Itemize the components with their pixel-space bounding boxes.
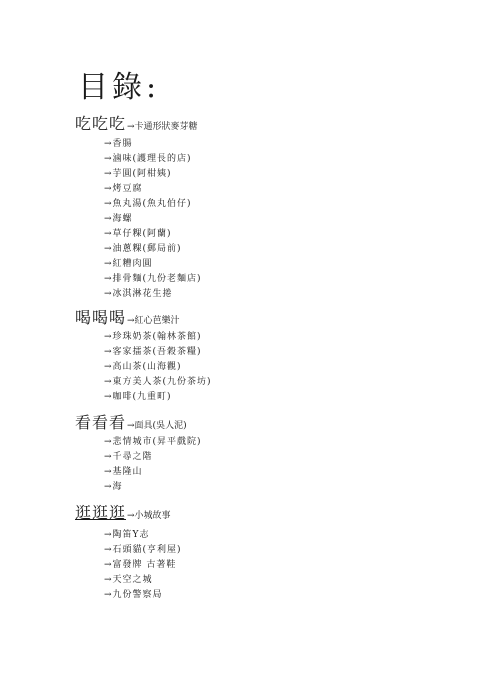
list-item: →東方美人茶(九份茶坊) bbox=[104, 375, 212, 390]
list-item: →滷味(護理長的店) bbox=[104, 152, 202, 167]
list-item: →油蔥粿(郵局前) bbox=[104, 242, 202, 257]
section-eat: 吃吃吃 →卡通形狀麥芽糖 →香腸 →滷味(護理長的店) →芋圓(阿柑姨) →烤豆… bbox=[75, 111, 202, 302]
list-item: →烤豆腐 bbox=[104, 182, 202, 197]
section-title: 逛逛逛 bbox=[75, 500, 126, 523]
section-shop: 逛逛逛 →小城故事 →陶笛Y志 →石頭貓(亨利屋) →富發牌 古著鞋 →天空之城… bbox=[75, 500, 182, 603]
list-item: →芋圓(阿柑姨) bbox=[104, 167, 202, 182]
section-subtitle: →卡通形狀麥芽糖 bbox=[127, 119, 198, 132]
list-item: →基隆山 bbox=[104, 465, 202, 480]
list-item: →海 bbox=[104, 480, 202, 495]
list-item: →客家擂茶(吾穀茶糧) bbox=[104, 345, 212, 360]
list-item: →千尋之階 bbox=[104, 450, 202, 465]
list-item: →悲情城市(昇平戲院) bbox=[104, 435, 202, 450]
list-item: →珍珠奶茶(翰林茶館) bbox=[104, 330, 212, 345]
list-item: →香腸 bbox=[104, 137, 202, 152]
section-drink: 喝喝喝 →紅心芭樂汁 →珍珠奶茶(翰林茶館) →客家擂茶(吾穀茶糧) →高山茶(… bbox=[75, 305, 212, 405]
section-see: 看看看 →面具(吳人泥) →悲情城市(昇平戲院) →千尋之階 →基隆山 →海 bbox=[75, 410, 202, 495]
section-title: 吃吃吃 bbox=[75, 111, 126, 134]
list-item: →冰淇淋花生捲 bbox=[104, 287, 202, 302]
list-item: →陶笛Y志 bbox=[104, 528, 182, 543]
list-item: →高山茶(山海觀) bbox=[104, 360, 212, 375]
list-item: →咖啡(九重町) bbox=[104, 390, 212, 405]
list-item: →排骨麵(九份老麵店) bbox=[104, 272, 202, 287]
list-item: →紅糟肉圓 bbox=[104, 257, 202, 272]
section-subtitle: →紅心芭樂汁 bbox=[127, 313, 180, 326]
list-item: →富發牌 古著鞋 bbox=[104, 558, 182, 573]
list-item: →草仔粿(阿蘭) bbox=[104, 227, 202, 242]
list-item: →海螺 bbox=[104, 212, 202, 227]
list-item: →石頭貓(亨利屋) bbox=[104, 543, 182, 558]
section-subtitle: →面具(吳人泥) bbox=[127, 418, 187, 431]
list-item: →天空之城 bbox=[104, 573, 182, 588]
list-item: →魚丸湯(魚丸伯仔) bbox=[104, 197, 202, 212]
section-title: 喝喝喝 bbox=[75, 305, 126, 328]
section-title: 看看看 bbox=[75, 410, 126, 433]
section-subtitle: →小城故事 bbox=[127, 508, 171, 521]
page-title: 目錄: bbox=[78, 62, 160, 106]
list-item: →九份警察局 bbox=[104, 588, 182, 603]
